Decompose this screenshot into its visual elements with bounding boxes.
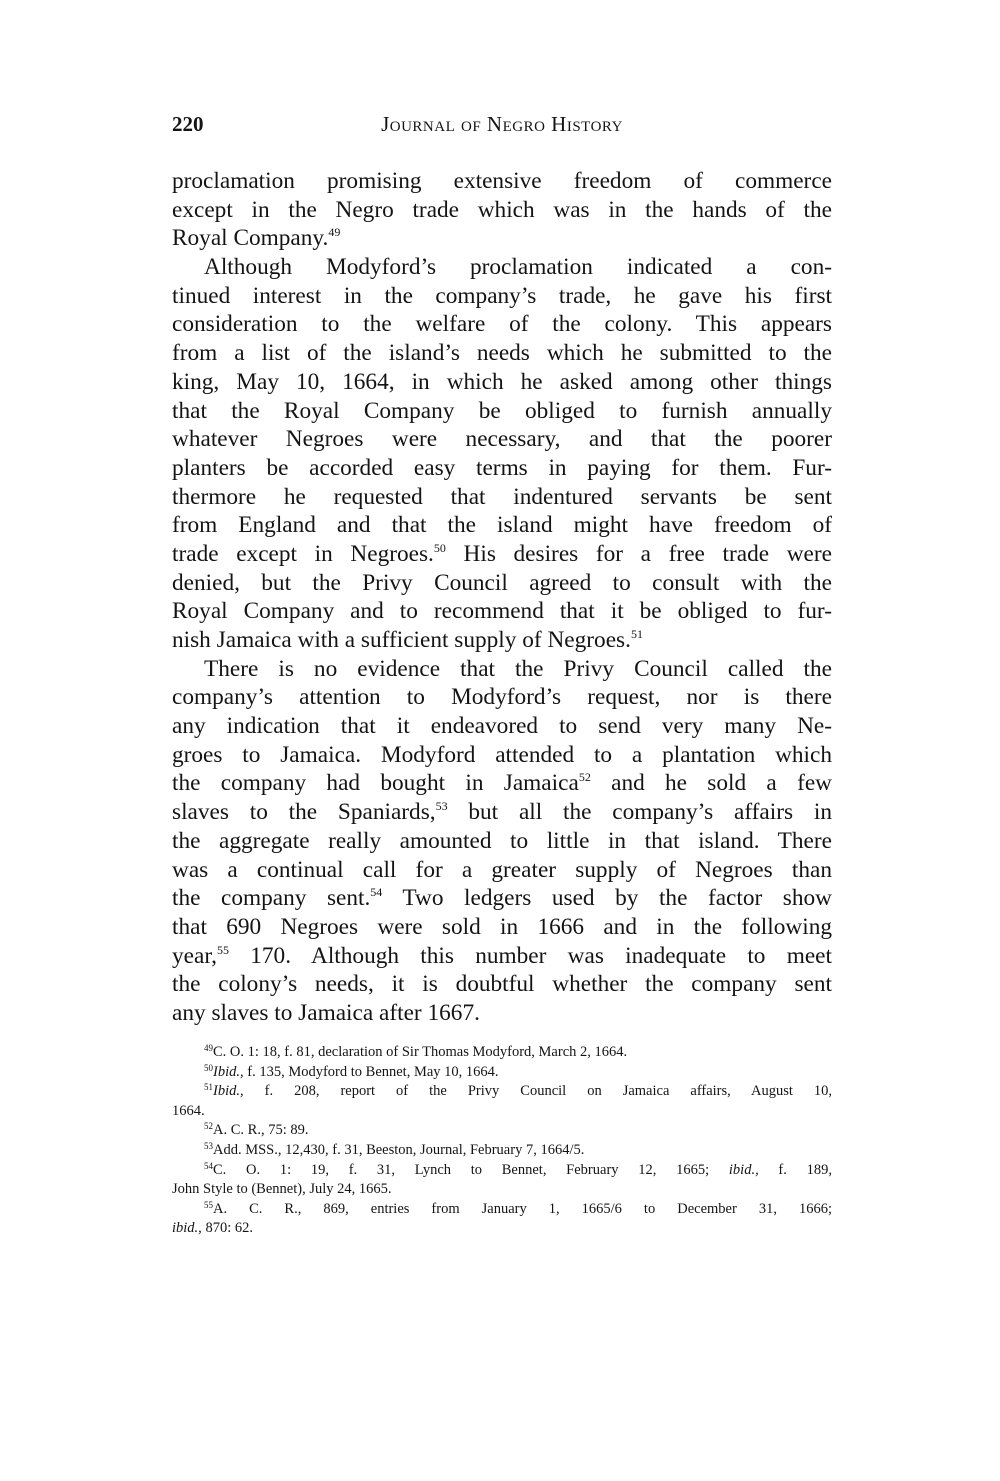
body-line: the company had bought in Jamaica52 and … bbox=[172, 769, 832, 798]
footnote-54: 54C. O. 1: 19, f. 31, Lynch to Bennet, F… bbox=[172, 1161, 832, 1181]
body-line: the company sent.54 Two ledgers used by … bbox=[172, 884, 832, 913]
footnote-ref[interactable]: 54 bbox=[370, 885, 382, 899]
body-line: There is no evidence that the Privy Coun… bbox=[172, 655, 832, 684]
body-line: from England and that the island might h… bbox=[172, 511, 832, 540]
body-line: that the Royal Company be obliged to fur… bbox=[172, 397, 832, 426]
body-line: denied, but the Privy Council agreed to … bbox=[172, 569, 832, 598]
body-line: nish Jamaica with a sufficient supply of… bbox=[172, 626, 832, 655]
body-line: that 690 Negroes were sold in 1666 and i… bbox=[172, 913, 832, 942]
footnote-52: 52A. C. R., 75: 89. bbox=[172, 1121, 832, 1141]
body-line: was a continual call for a greater suppl… bbox=[172, 856, 832, 885]
body-line: tinued interest in the company’s trade, … bbox=[172, 282, 832, 311]
body-line: the aggregate really amounted to little … bbox=[172, 827, 832, 856]
body-line: whatever Negroes were necessary, and tha… bbox=[172, 425, 832, 454]
footnote-55-cont: ibid., 870: 62. bbox=[172, 1219, 832, 1239]
body-line: Royal Company.49 bbox=[172, 224, 832, 253]
body-line: the colony’s needs, it is doubtful wheth… bbox=[172, 970, 832, 999]
footnote-ref[interactable]: 52 bbox=[579, 770, 591, 784]
footnote-54-cont: John Style to (Bennet), July 24, 1665. bbox=[172, 1180, 832, 1200]
footnote-ref[interactable]: 53 bbox=[436, 799, 448, 813]
running-head: 220 Journal of Negro History bbox=[172, 112, 832, 142]
body-line: Royal Company and to recommend that it b… bbox=[172, 597, 832, 626]
body-line: Although Modyford’s proclamation indicat… bbox=[172, 253, 832, 282]
body-line: year,55 170. Although this number was in… bbox=[172, 942, 832, 971]
footnote-51: 51Ibid., f. 208, report of the Privy Cou… bbox=[172, 1082, 832, 1102]
journal-title: Journal of Negro History bbox=[172, 112, 832, 137]
body-line: thermore he requested that indentured se… bbox=[172, 483, 832, 512]
body-line: king, May 10, 1664, in which he asked am… bbox=[172, 368, 832, 397]
body-text: proclamation promising extensive freedom… bbox=[172, 167, 832, 1028]
footnote-55: 55A. C. R., 869, entries from January 1,… bbox=[172, 1200, 832, 1220]
body-line: planters be accorded easy terms in payin… bbox=[172, 454, 832, 483]
footnote-ref[interactable]: 55 bbox=[217, 943, 229, 957]
footnote-ref[interactable]: 50 bbox=[434, 541, 446, 555]
footnote-49: 49C. O. 1: 18, f. 81, declaration of Sir… bbox=[172, 1043, 832, 1063]
footnote-50: 50Ibid., f. 135, Modyford to Bennet, May… bbox=[172, 1063, 832, 1083]
body-line: groes to Jamaica. Modyford attended to a… bbox=[172, 741, 832, 770]
body-line: any slaves to Jamaica after 1667. bbox=[172, 999, 832, 1028]
body-line: except in the Negro trade which was in t… bbox=[172, 196, 832, 225]
body-line: from a list of the island’s needs which … bbox=[172, 339, 832, 368]
body-line: proclamation promising extensive freedom… bbox=[172, 167, 832, 196]
body-line: any indication that it endeavored to sen… bbox=[172, 712, 832, 741]
body-line: slaves to the Spaniards,53 but all the c… bbox=[172, 798, 832, 827]
footnote-ref[interactable]: 49 bbox=[328, 225, 340, 239]
footnotes: 49C. O. 1: 18, f. 81, declaration of Sir… bbox=[172, 1043, 832, 1239]
body-line: consideration to the welfare of the colo… bbox=[172, 310, 832, 339]
footnote-51-cont: 1664. bbox=[172, 1102, 832, 1122]
footnote-ref[interactable]: 51 bbox=[631, 627, 643, 641]
footnote-53: 53Add. MSS., 12,430, f. 31, Beeston, Jou… bbox=[172, 1141, 832, 1161]
body-line: company’s attention to Modyford’s reques… bbox=[172, 683, 832, 712]
body-line: trade except in Negroes.50 His desires f… bbox=[172, 540, 832, 569]
